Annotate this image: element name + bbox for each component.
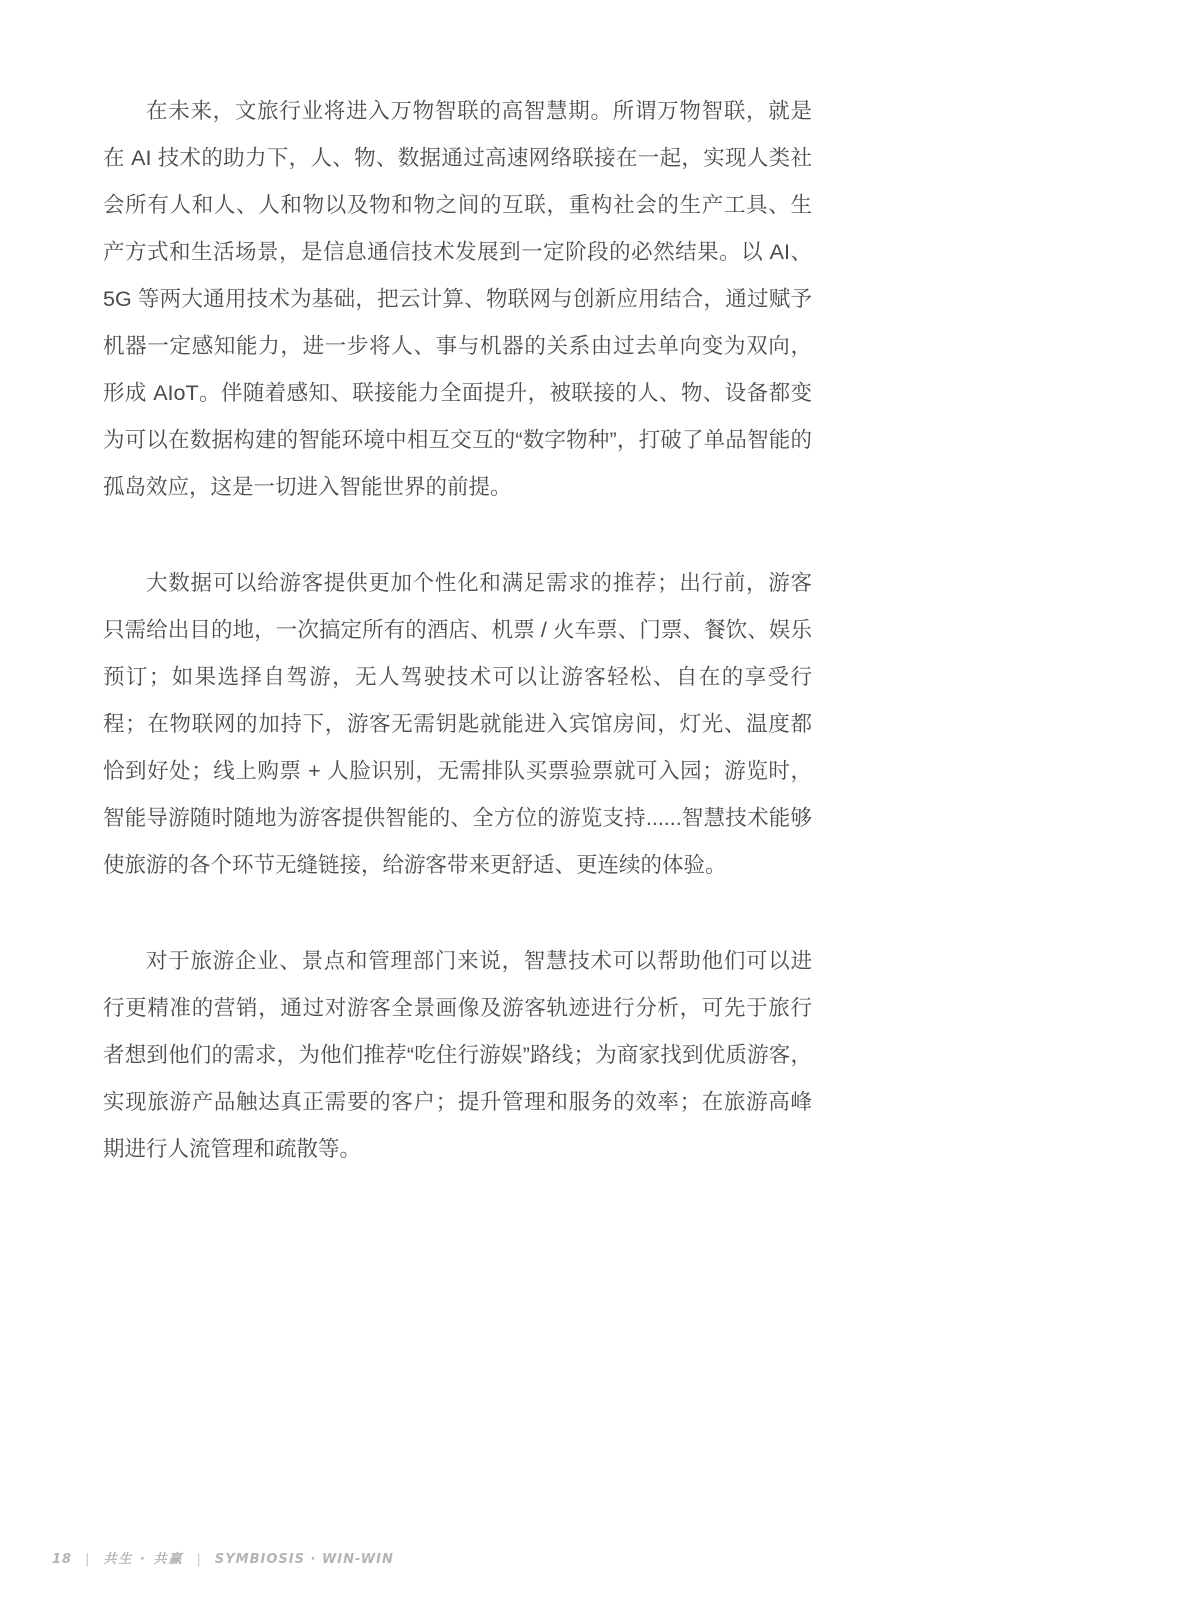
document-page: 在未来，文旅行业将进入万物智联的高智慧期。所谓万物智联，就是在 AI 技术的助力… [0, 0, 1192, 1616]
page-body: 在未来，文旅行业将进入万物智联的高智慧期。所谓万物智联，就是在 AI 技术的助力… [103, 88, 812, 1173]
page-footer: 18 | 共生 · 共赢 | SYMBIOSIS · WIN-WIN [52, 1548, 394, 1567]
footer-separator: | [85, 1552, 90, 1567]
paragraph-future-aiot: 在未来，文旅行业将进入万物智联的高智慧期。所谓万物智联，就是在 AI 技术的助力… [103, 88, 812, 511]
paragraph-bigdata-tourist: 大数据可以给游客提供更加个性化和满足需求的推荐；出行前，游客只需给出目的地，一次… [103, 560, 812, 889]
paragraph-tourism-enterprise: 对于旅游企业、景点和管理部门来说，智慧技术可以帮助他们可以进行更精准的营销，通过… [103, 938, 812, 1173]
page-number: 18 [52, 1552, 72, 1567]
footer-separator: | [196, 1552, 201, 1567]
footer-series-title-chinese: 共生 · 共赢 [103, 1548, 183, 1567]
footer-series-title-english: SYMBIOSIS · WIN-WIN [215, 1552, 394, 1567]
